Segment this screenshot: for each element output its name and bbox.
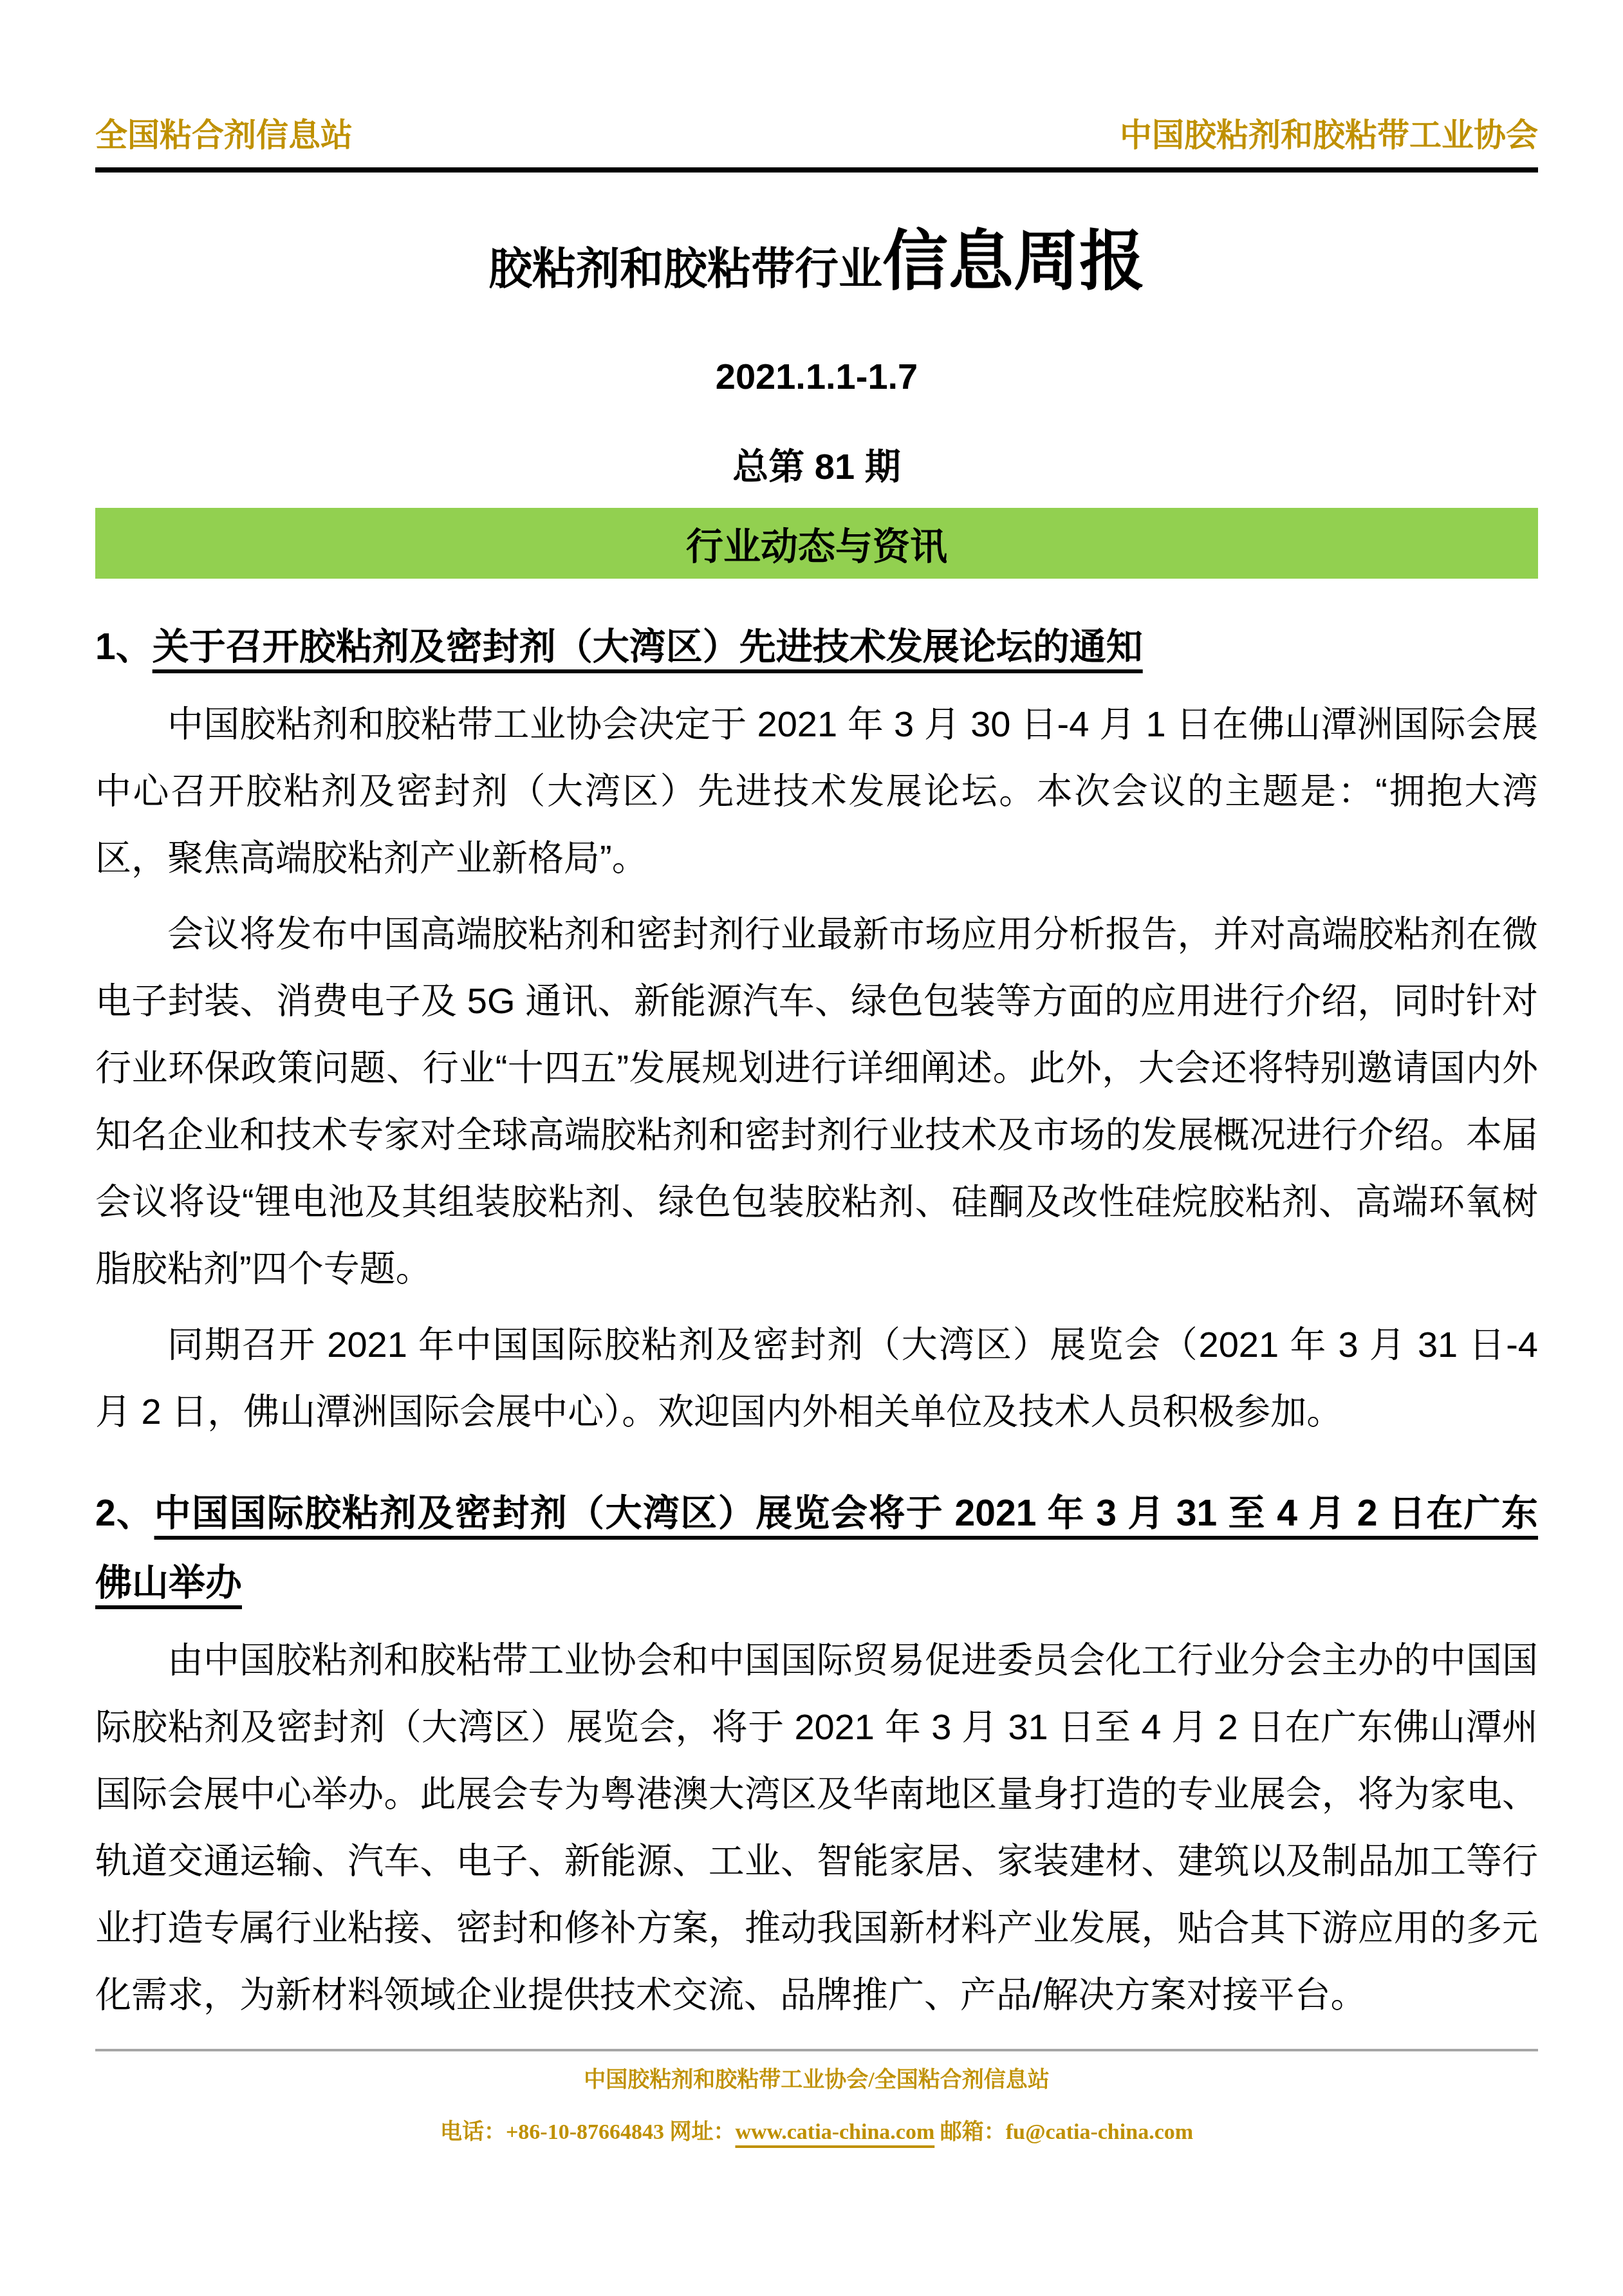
article-1-title-text: 关于召开胶粘剂及密封剂（大湾区）先进技术发展论坛的通知 — [153, 626, 1143, 667]
footer-email: fu@catia-china.com — [1006, 2120, 1193, 2144]
article-1-number: 1、 — [95, 626, 153, 667]
page-title: 胶粘剂和胶粘带行业信息周报 — [95, 225, 1538, 297]
org-name-right: 中国胶粘剂和胶粘带工业协会 — [1120, 109, 1538, 156]
page-title-prefix: 胶粘剂和胶粘带行业 — [488, 245, 882, 294]
footer-phone-label: 电话： — [440, 2120, 506, 2144]
footer-email-label: 邮箱： — [934, 2120, 1006, 2144]
date-range: 2021.1.1-1.7 — [95, 357, 1538, 397]
footer-website-link[interactable]: www.catia-china.com — [735, 2120, 934, 2144]
page-footer: 中国胶粘剂和胶粘带工业协会/全国粘合剂信息站 电话：+86-10-8766484… — [95, 2049, 1538, 2145]
article-1-paragraph: 同期召开 2021 年中国国际胶粘剂及密封剂（大湾区）展览会（2021 年 3 … — [95, 1311, 1538, 1445]
footer-contact-line: 电话：+86-10-87664843 网址：www.catia-china.co… — [95, 2114, 1538, 2145]
article-1-title: 1、关于召开胶粘剂及密封剂（大湾区）先进技术发展论坛的通知 — [95, 612, 1538, 682]
article-2-title-text: 中国国际胶粘剂及密封剂（大湾区）展览会将于 2021 年 3 月 31 至 4 … — [95, 1493, 1538, 1603]
footer-org-line: 中国胶粘剂和胶粘带工业协会/全国粘合剂信息站 — [95, 2062, 1538, 2093]
org-name-left: 全国粘合剂信息站 — [95, 109, 353, 156]
issue-number: 总第 81 期 — [95, 447, 1538, 487]
org-header: 全国粘合剂信息站 中国胶粘剂和胶粘带工业协会 — [95, 109, 1538, 173]
section-banner-label: 行业动态与资讯 — [686, 516, 947, 570]
article-2-number: 2、 — [95, 1493, 154, 1534]
article-1-paragraph: 中国胶粘剂和胶粘带工业协会决定于 2021 年 3 月 30 日-4 月 1 日… — [95, 691, 1538, 891]
footer-phone: +86-10-87664843 — [506, 2120, 664, 2144]
footer-web-label: 网址： — [664, 2120, 736, 2144]
newsletter-page: 全国粘合剂信息站 中国胶粘剂和胶粘带工业协会 胶粘剂和胶粘带行业信息周报 202… — [0, 0, 1623, 2296]
section-banner: 行业动态与资讯 — [95, 508, 1538, 579]
article-2-paragraph: 由中国胶粘剂和胶粘带工业协会和中国国际贸易促进委员会化工行业分会主办的中国国际胶… — [95, 1627, 1538, 2028]
page-title-main: 信息周报 — [882, 225, 1145, 298]
article-2-title: 2、中国国际胶粘剂及密封剂（大湾区）展览会将于 2021 年 3 月 31 至 … — [95, 1479, 1538, 1618]
article-1-paragraph: 会议将发布中国高端胶粘剂和密封剂行业最新市场应用分析报告，并对高端胶粘剂在微电子… — [95, 901, 1538, 1302]
